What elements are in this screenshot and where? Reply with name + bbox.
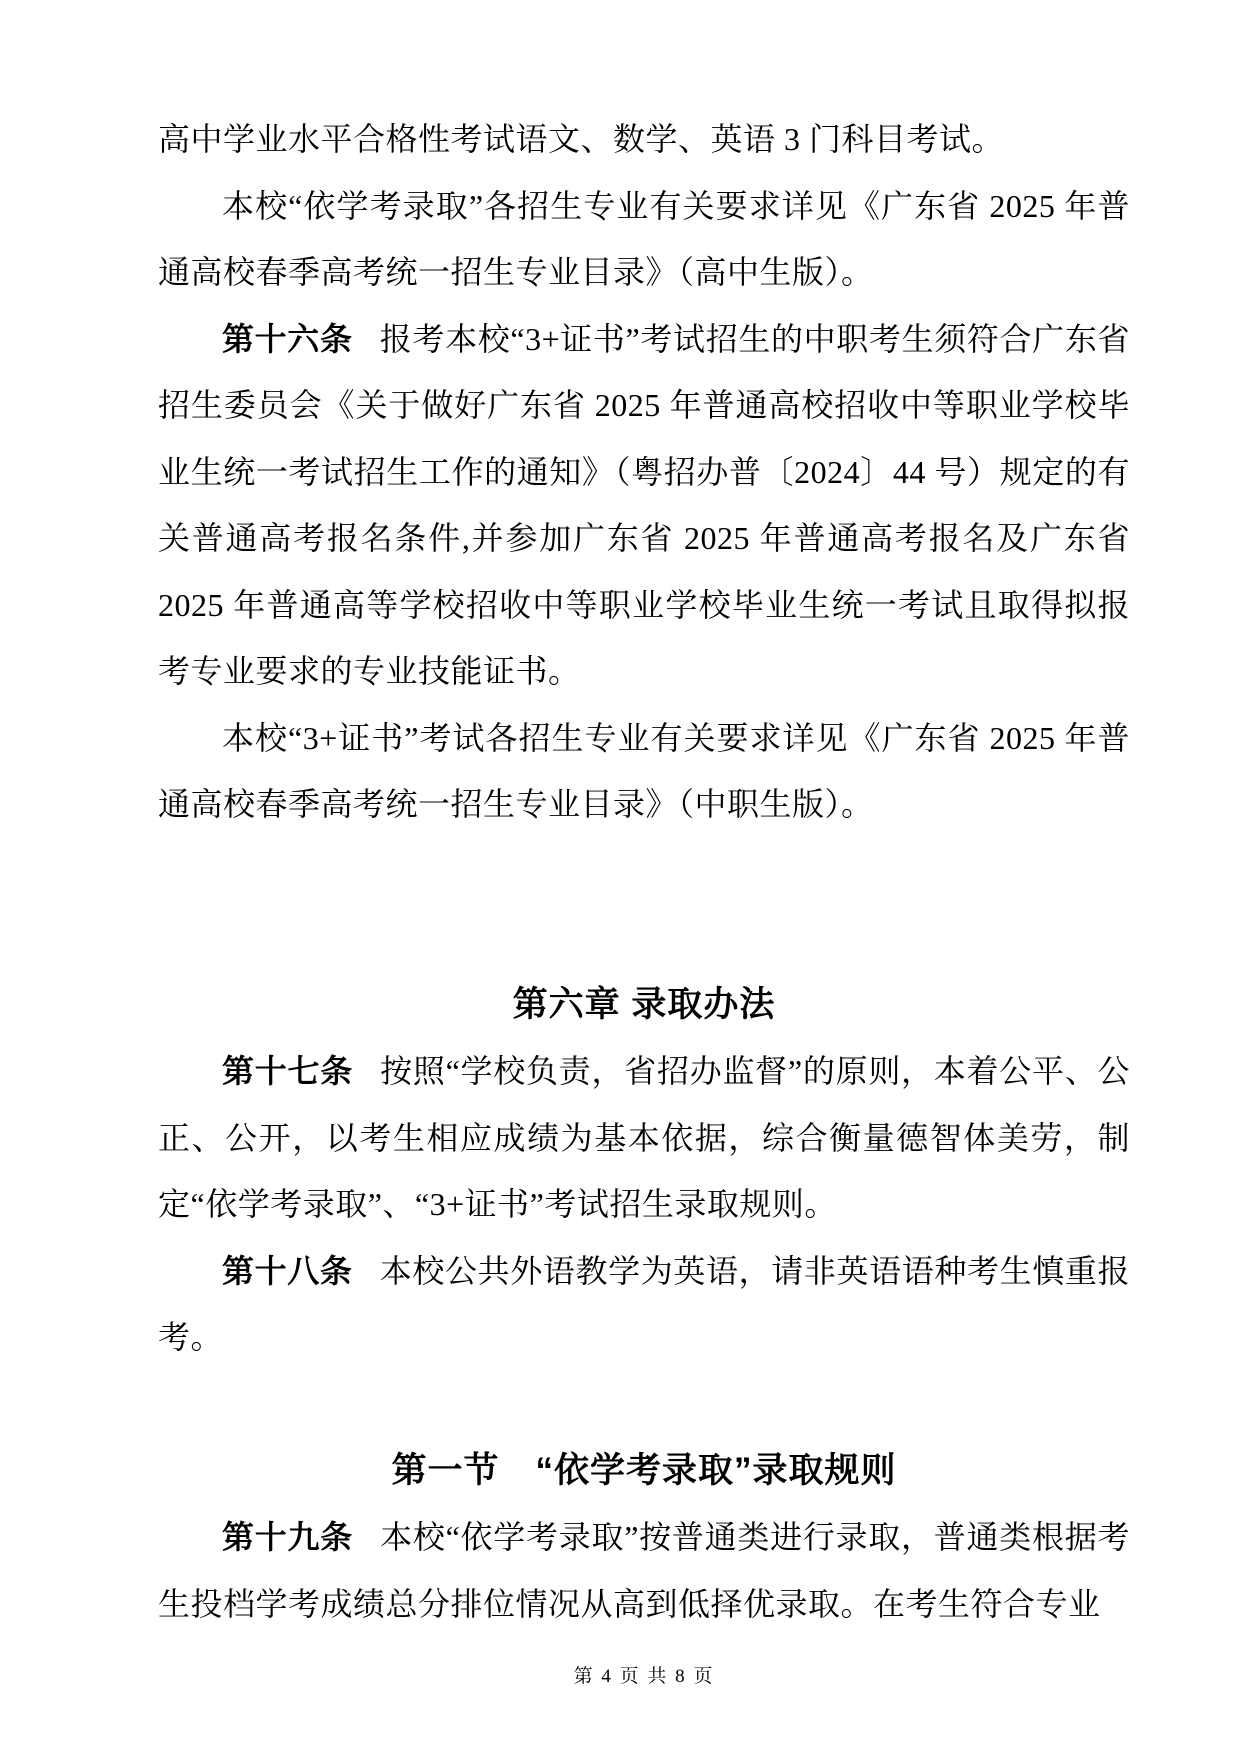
article-16-number: 第十六条 — [222, 321, 353, 357]
document-page: 高中学业水平合格性考试语文、数学、英语 3 门科目考试。 本校“依学考录取”各招… — [0, 0, 1240, 1754]
paragraph-article-16: 第十六条报考本校“3+证书”考试招生的中职考生须符合广东省招生委员会《关于做好广… — [158, 306, 1130, 705]
paragraph-article-17: 第十七条按照“学校负责，省招办监督”的原则，本着公平、公正、公开，以考生相应成绩… — [158, 1038, 1130, 1238]
chapter-heading: 第六章 录取办法 — [158, 972, 1130, 1039]
page-body: 高中学业水平合格性考试语文、数学、英语 3 门科目考试。 本校“依学考录取”各招… — [158, 106, 1130, 1637]
section-heading: 第一节 “依学考录取”录取规则 — [158, 1438, 1130, 1505]
article-18-number: 第十八条 — [222, 1253, 353, 1289]
paragraph-continuation: 高中学业水平合格性考试语文、数学、英语 3 门科目考试。 — [158, 106, 1130, 173]
paragraph-article-18: 第十八条本校公共外语教学为英语，请非英语语种考生慎重报考。 — [158, 1238, 1130, 1371]
article-17-number: 第十七条 — [222, 1053, 353, 1089]
article-16-text: 报考本校“3+证书”考试招生的中职考生须符合广东省招生委员会《关于做好广东省 2… — [158, 321, 1130, 690]
paragraph-catalog-senior-high: 本校“依学考录取”各招生专业有关要求详见《广东省 2025 年普通高校春季高考统… — [158, 173, 1130, 306]
paragraph-article-19: 第十九条本校“依学考录取”按普通类进行录取，普通类根据考生投档学考成绩总分排位情… — [158, 1504, 1130, 1637]
paragraph-catalog-vocational: 本校“3+证书”考试各招生专业有关要求详见《广东省 2025 年普通高校春季高考… — [158, 705, 1130, 838]
article-19-number: 第十九条 — [222, 1519, 353, 1555]
page-number-footer: 第 4 页 共 8 页 — [158, 1661, 1130, 1688]
